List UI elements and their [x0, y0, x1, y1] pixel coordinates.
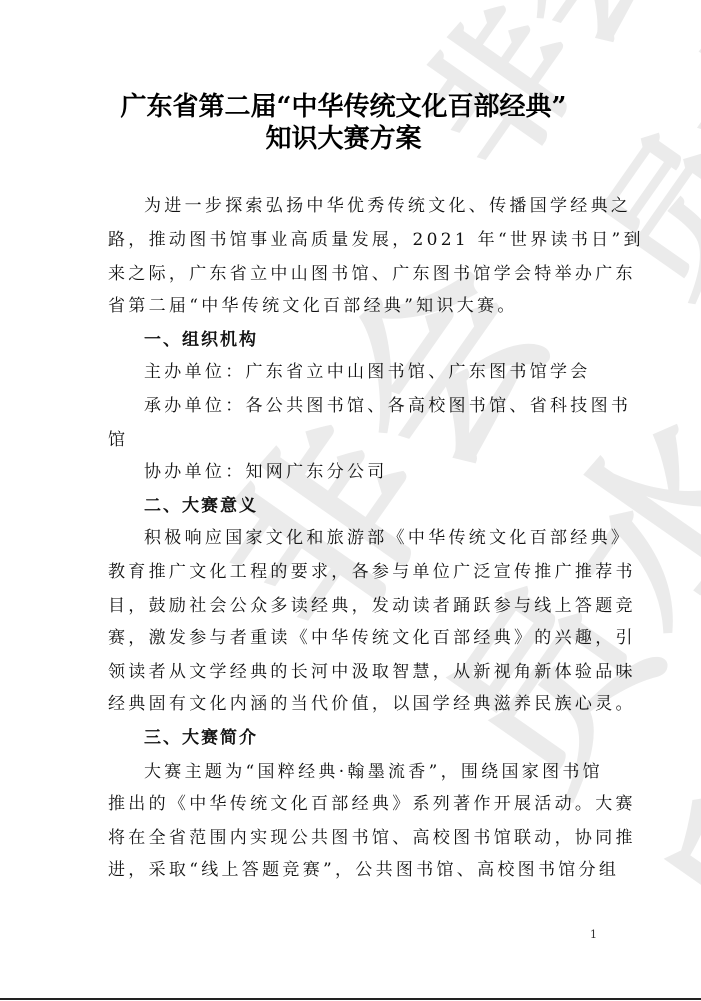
section-heading: 三、大赛简介	[144, 726, 258, 750]
text-line: 进，采取“线上答题竞赛”，公共图书馆、高校图书馆分组	[108, 858, 619, 882]
text-line: 将在全省范围内实现公共图书馆、高校图书馆联动，协同推	[108, 826, 636, 850]
text-line: 大赛主题为“国粹经典·翰墨流香”，围绕国家图书馆	[144, 760, 603, 784]
text-line: 赛，激发参与者重读《中华传统文化百部经典》的兴趣，引	[108, 626, 636, 650]
page-bottom-border	[0, 998, 701, 1000]
text-line: 主办单位：广东省立中山图书馆、广东图书馆学会	[144, 360, 591, 384]
text-line: 为进一步探索弘扬中华优秀传统文化、传播国学经典之	[144, 194, 631, 218]
text-line: 路，推动图书馆事业高质量发展，2021 年“世界读书日”到	[108, 228, 644, 252]
text-line: 领读者从文学经典的长河中汲取智慧，从新视角新体验品味	[108, 660, 636, 684]
text-line: 推出的《中华传统文化百部经典》系列著作开展活动。大赛	[108, 792, 636, 816]
text-line: 经典固有文化内涵的当代价值，以国学经典滋养民族心灵。	[108, 692, 636, 716]
text-line: 承办单位：各公共图书馆、各高校图书馆、省科技图书	[144, 394, 631, 418]
document-title-line2: 知识大赛方案	[0, 118, 694, 155]
text-line: 省第二届“中华传统文化百部经典”知识大赛。	[108, 294, 518, 318]
text-line: 目，鼓励社会公众多读经典，发动读者踊跃参与线上答题竞	[108, 594, 636, 618]
text-line: 馆	[108, 428, 128, 452]
section-heading: 一、组织机构	[144, 328, 258, 352]
text-line: 积极响应国家文化和旅游部《中华传统文化百部经典》	[144, 526, 631, 550]
text-line: 协办单位：知网广东分公司	[144, 460, 388, 484]
text-line: 来之际，广东省立中山图书馆、广东图书馆学会特举办广东	[108, 262, 636, 286]
text-line: 教育推广文化工程的要求，各参与单位广泛宣传推广推荐书	[108, 560, 636, 584]
section-heading: 二、大赛意义	[144, 494, 258, 518]
page-number: 1	[590, 928, 597, 941]
document-page: 非会员水印 非会员水印 广东省第二届“中华传统文化百部经典” 知识大赛方案 为进…	[0, 0, 701, 1001]
